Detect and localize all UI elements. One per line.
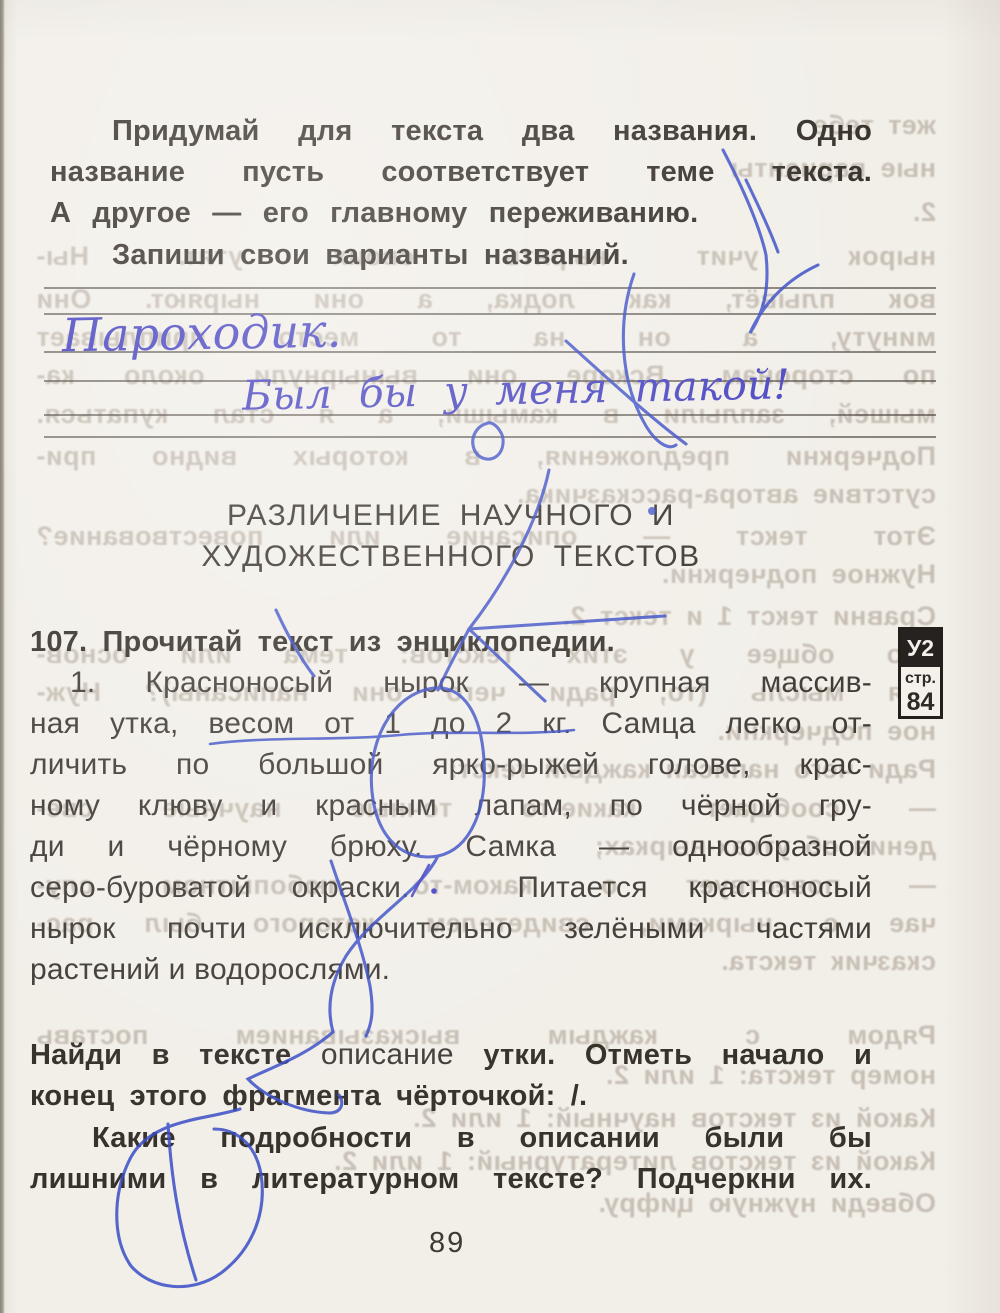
task1-part-1: Найди в тексте — [30, 1039, 291, 1071]
body-line: ди и чёрному брюху. Самка — однообразной — [30, 830, 872, 864]
body-line-6b: Питается красноносый — [517, 871, 872, 904]
body-line: серо-буроватой окраски. Питается краснон… — [30, 871, 872, 905]
bleedthrough-line: Подчеркни предложения, в которых видно п… — [36, 441, 936, 472]
workbook-page: жет тебеные варианты2.нырок учит нырять … — [0, 0, 1000, 1313]
task2-line-1: Какие подробности в описании были бы — [30, 1121, 872, 1155]
exercise-heading: 107. Прочитай текст из энциклопедии. — [30, 625, 872, 659]
intro-line-2: название пусть соответствует теме текста… — [50, 155, 872, 189]
task1-part-3: утки. Отметь начало и — [483, 1039, 872, 1071]
task1-line-1: Найди в тексте описание утки. Отметь нач… — [30, 1038, 872, 1072]
task1-part-2: описание — [321, 1038, 454, 1071]
margin-badge: У2 стр. 84 — [898, 627, 943, 719]
body-line: ному клюву и красным лапам, по чёрной гр… — [30, 789, 872, 823]
task1-line-2: конец этого фрагмента чёрточкой: /. — [30, 1079, 872, 1113]
body-line: ная утка, весом от 1 до 2 кг. Самца легк… — [30, 707, 872, 741]
task2-line-2: лишними в литературном тексте? Подчеркни… — [30, 1162, 872, 1196]
section-title-line-1: РАЗЛИЧЕНИЕ НАУЧНОГО И — [30, 499, 872, 533]
intro-line-1: Придумай для текста два названия. Одно — [50, 114, 872, 148]
margin-badge-page-word: стр. — [901, 669, 940, 689]
page-edge-shadow — [0, 0, 5, 1313]
intro-line-4: Запиши свои варианты названий. — [50, 238, 872, 272]
body-line: нырок почти исключительно зелёными частя… — [30, 912, 872, 946]
page-number: 89 — [429, 1227, 465, 1260]
body-line: личить по большой ярко-рыжей голове, кра… — [30, 748, 872, 782]
writing-line — [44, 436, 936, 438]
handwritten-answer-1: Пароходик. — [62, 304, 342, 363]
body-line-6a: серо-буроватой окраски. — [30, 871, 410, 904]
section-title-line-2: ХУДОЖЕСТВЕННОГО ТЕКСТОВ — [30, 540, 872, 574]
margin-badge-book: У2 — [901, 630, 940, 667]
intro-line-3: А другое — его главному переживанию. — [50, 196, 872, 230]
margin-badge-page-number: 84 — [901, 689, 940, 715]
body-line: растений и водорослями. — [30, 953, 872, 987]
body-line: 1. Красноносый нырок — крупная массив- — [30, 666, 872, 700]
writing-line — [44, 287, 936, 289]
